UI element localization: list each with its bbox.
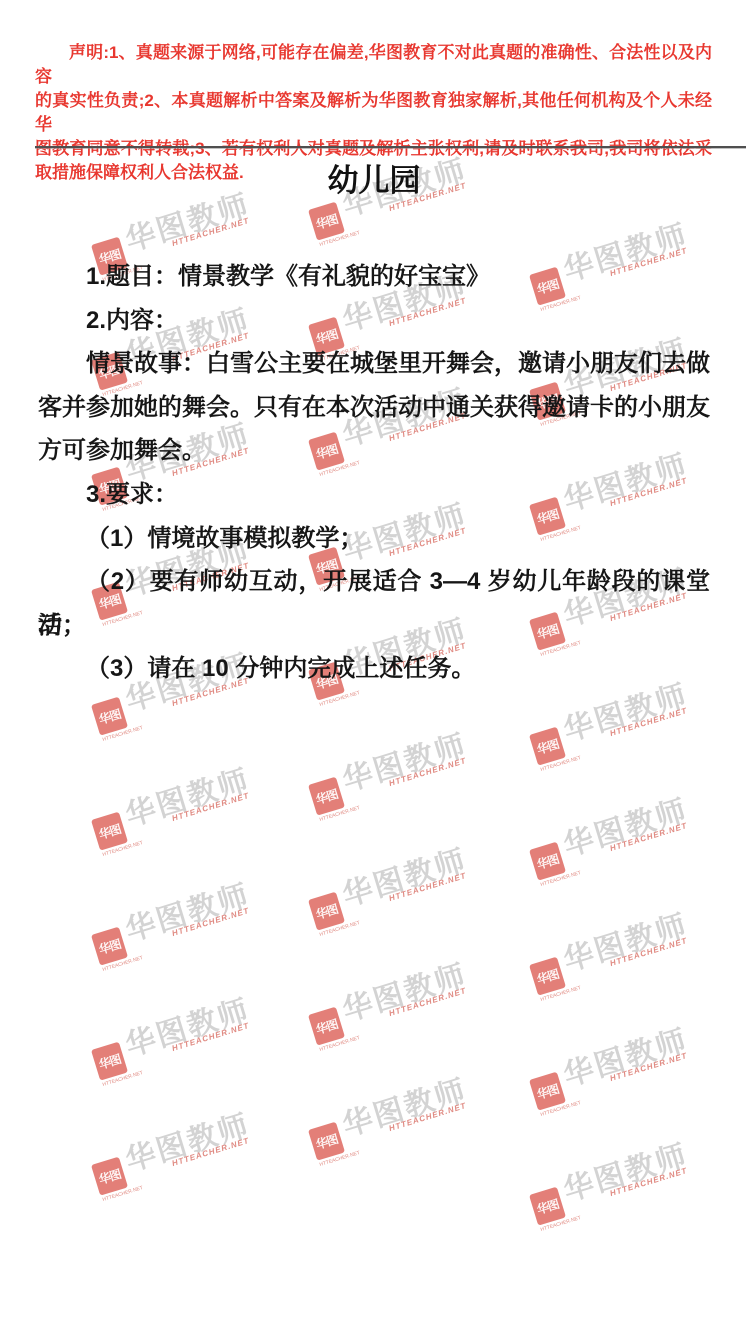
huatu-logo-icon: 华图 (91, 1042, 128, 1081)
watermark-domain-text: HTTEACHER.NET (171, 216, 251, 248)
watermark-icon-caption: HTTEACHER.NET (540, 985, 582, 1003)
watermark: 华图HTTEACHER.NET华图教师HTTEACHER.NET (525, 1015, 710, 1125)
document-body: 1.题目：情景教学《有礼貌的好宝宝》2.内容：情景故事：白雪公主要在城堡里开舞会… (38, 255, 710, 691)
watermark-icon-caption: HTTEACHER.NET (319, 1150, 361, 1168)
watermark-brand-text: 华图教师 (119, 985, 254, 1065)
huatu-logo-icon: 华图 (308, 777, 345, 816)
watermark-domain-text: HTTEACHER.NET (171, 906, 251, 938)
watermark-brand-text: 华图教师 (119, 870, 254, 950)
huatu-logo-icon: 华图 (529, 842, 566, 881)
watermark-brand-text: 华图教师 (557, 900, 692, 980)
watermark-icon-caption: HTTEACHER.NET (540, 1100, 582, 1118)
watermark: 华图HTTEACHER.NET华图教师HTTEACHER.NET (304, 950, 489, 1060)
watermark-icon-caption: HTTEACHER.NET (319, 1035, 361, 1053)
disclaimer-line: 声明:1、真题来源于网络,可能存在偏差,华图教育不对此真题的准确性、合法性以及内… (35, 41, 712, 89)
watermark-icon-caption: HTTEACHER.NET (102, 1070, 144, 1088)
huatu-logo-icon: 华图 (91, 1157, 128, 1196)
body-line: 动； (38, 604, 710, 648)
watermark-domain-text: HTTEACHER.NET (388, 871, 468, 903)
huatu-logo-icon: 华图 (308, 202, 345, 241)
watermark: 华图HTTEACHER.NET华图教师HTTEACHER.NET (304, 1065, 489, 1175)
huatu-logo-icon: 华图 (308, 1122, 345, 1161)
watermark: 华图HTTEACHER.NET华图教师HTTEACHER.NET (87, 755, 272, 865)
watermark-icon-caption: HTTEACHER.NET (319, 920, 361, 938)
watermark-icon-caption: HTTEACHER.NET (102, 1185, 144, 1203)
huatu-logo-icon: 华图 (529, 1072, 566, 1111)
body-line: 情景故事：白雪公主要在城堡里开舞会，邀请小朋友们去做 (38, 342, 710, 386)
watermark: 华图HTTEACHER.NET华图教师HTTEACHER.NET (525, 785, 710, 895)
huatu-logo-icon: 华图 (308, 892, 345, 931)
watermark-brand-text: 华图教师 (336, 1065, 471, 1145)
watermark-domain-text: HTTEACHER.NET (609, 1051, 689, 1083)
watermark-icon-caption: HTTEACHER.NET (102, 725, 144, 743)
watermark-icon-caption: HTTEACHER.NET (319, 805, 361, 823)
watermark-brand-text: 华图教师 (119, 755, 254, 835)
body-line: 1.题目：情景教学《有礼貌的好宝宝》 (38, 255, 710, 299)
huatu-logo-icon: 华图 (529, 727, 566, 766)
huatu-logo-icon: 华图 (308, 1007, 345, 1046)
watermark-domain-text: HTTEACHER.NET (609, 1166, 689, 1198)
watermark-icon-caption: HTTEACHER.NET (102, 955, 144, 973)
watermark-domain-text: HTTEACHER.NET (388, 756, 468, 788)
body-line: （3）请在 10 分钟内完成上述任务。 (38, 647, 710, 691)
disclaimer-line: 的真实性负责;2、本真题解析中答案及解析为华图教育独家解析,其他任何机构及个人未… (35, 89, 712, 137)
watermark-domain-text: HTTEACHER.NET (609, 821, 689, 853)
divider-rule (35, 146, 746, 148)
disclaimer-line-text: 1、真题来源于网络,可能存在偏差,华图教育不对此真题的准确性、合法性以及内容 (35, 43, 712, 86)
watermark-icon-caption: HTTEACHER.NET (540, 870, 582, 888)
body-line: 方可参加舞会。 (38, 429, 710, 473)
body-line: 2.内容： (38, 299, 710, 343)
disclaimer-label: 声明: (69, 43, 109, 62)
watermark-brand-text: 华图教师 (336, 835, 471, 915)
watermark-domain-text: HTTEACHER.NET (171, 1021, 251, 1053)
page-title: 幼儿园 (0, 155, 748, 200)
watermark-icon-caption: HTTEACHER.NET (540, 755, 582, 773)
watermark: 华图HTTEACHER.NET华图教师HTTEACHER.NET (87, 870, 272, 980)
watermark: 华图HTTEACHER.NET华图教师HTTEACHER.NET (304, 720, 489, 830)
document-page: 华图HTTEACHER.NET华图教师HTTEACHER.NET华图HTTEAC… (0, 0, 748, 1335)
huatu-logo-icon: 华图 (529, 1187, 566, 1226)
watermark-icon-caption: HTTEACHER.NET (540, 1215, 582, 1233)
body-line: （2）要有师幼互动，开展适合 3—4 岁幼儿年龄段的课堂活 (38, 560, 710, 604)
watermark-domain-text: HTTEACHER.NET (171, 791, 251, 823)
huatu-logo-icon: 华图 (91, 812, 128, 851)
huatu-logo-icon: 华图 (91, 697, 128, 736)
watermark-brand-text: 华图教师 (119, 1100, 254, 1180)
watermark: 华图HTTEACHER.NET华图教师HTTEACHER.NET (87, 1100, 272, 1210)
watermark-brand-text: 华图教师 (336, 720, 471, 800)
watermark-icon-caption: HTTEACHER.NET (102, 840, 144, 858)
watermark-brand-text: 华图教师 (557, 1130, 692, 1210)
watermark-brand-text: 华图教师 (336, 950, 471, 1030)
body-line: （1）情境故事模拟教学； (38, 517, 710, 561)
watermark-domain-text: HTTEACHER.NET (388, 986, 468, 1018)
watermark-domain-text: HTTEACHER.NET (609, 706, 689, 738)
huatu-logo-icon: 华图 (91, 927, 128, 966)
watermark-domain-text: HTTEACHER.NET (171, 1136, 251, 1168)
watermark: 华图HTTEACHER.NET华图教师HTTEACHER.NET (525, 900, 710, 1010)
watermark: 华图HTTEACHER.NET华图教师HTTEACHER.NET (304, 835, 489, 945)
watermark: 华图HTTEACHER.NET华图教师HTTEACHER.NET (87, 985, 272, 1095)
watermark-brand-text: 华图教师 (557, 785, 692, 865)
watermark: 华图HTTEACHER.NET华图教师HTTEACHER.NET (525, 1130, 710, 1240)
watermark-domain-text: HTTEACHER.NET (609, 936, 689, 968)
body-line: 客并参加她的舞会。只有在本次活动中通关获得邀请卡的小朋友 (38, 386, 710, 430)
watermark-icon-caption: HTTEACHER.NET (319, 230, 361, 248)
watermark-domain-text: HTTEACHER.NET (388, 1101, 468, 1133)
watermark-brand-text: 华图教师 (557, 1015, 692, 1095)
huatu-logo-icon: 华图 (529, 957, 566, 996)
body-line: 3.要求： (38, 473, 710, 517)
watermark-icon-caption: HTTEACHER.NET (319, 690, 361, 708)
